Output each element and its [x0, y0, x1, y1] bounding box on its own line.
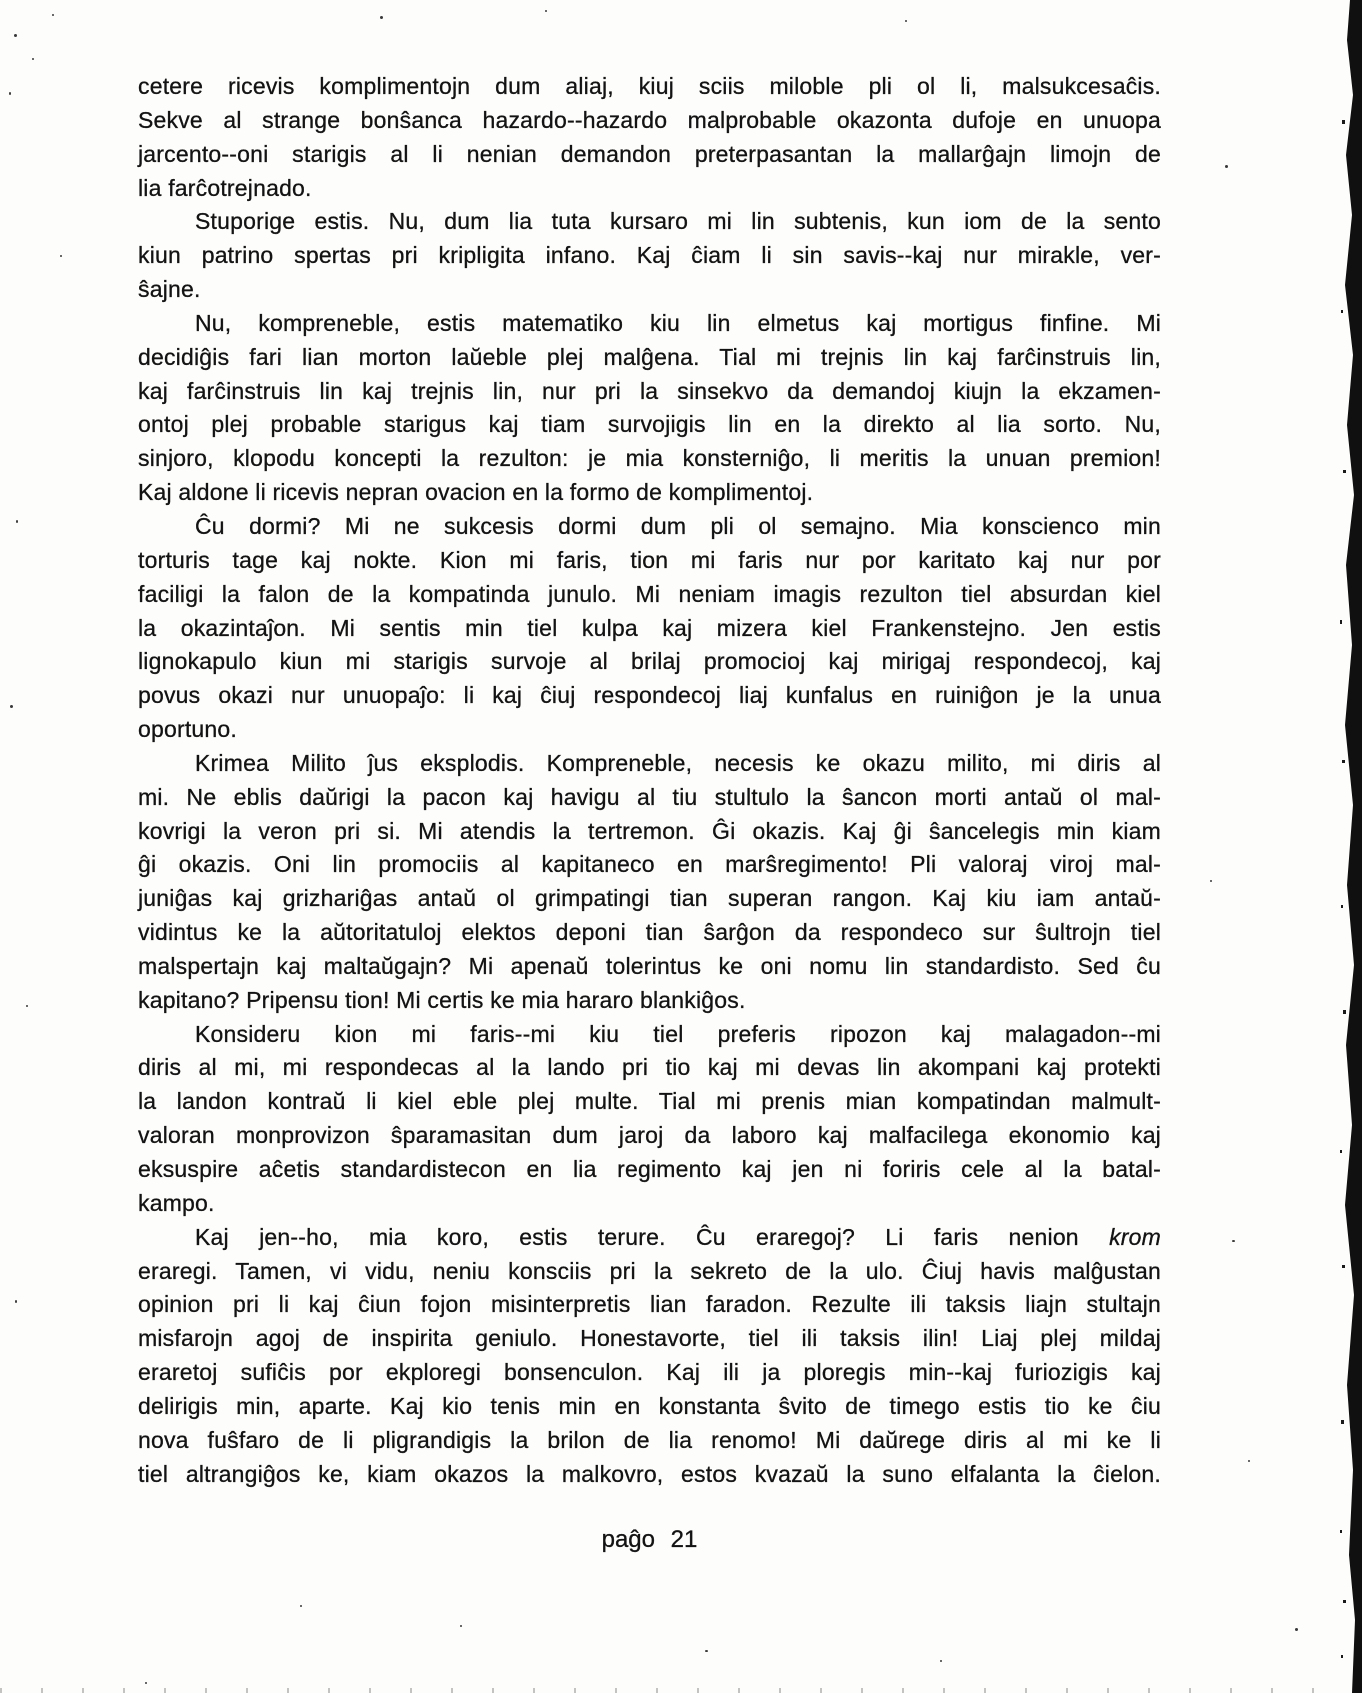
text-line: ĝi okazis. Oni lin promociis al kapitane…: [138, 848, 1161, 882]
text-line: Krimea Milito ĵus eksplodis. Kompreneble…: [138, 747, 1161, 781]
paragraph: Ĉu dormi? Mi ne sukcesis dormi dum pli o…: [138, 510, 1161, 747]
text-line: valoran monprovizon ŝparamasitan dum jar…: [138, 1119, 1161, 1153]
text-line: decidiĝis fari lian morton laŭeble plej …: [138, 341, 1161, 375]
text-line: jarcento--oni starigis al li nenian dema…: [138, 138, 1161, 172]
text-line: Kaj aldone li ricevis nepran ovacion en …: [138, 476, 1161, 510]
text-line: ontoj plej probable starigus kaj tiam su…: [138, 408, 1161, 442]
text-line: eraregi. Tamen, vi vidu, neniu konsciis …: [138, 1255, 1161, 1289]
noise-speck: [16, 520, 18, 523]
scan-edge-artifact: [1340, 0, 1362, 1693]
text-line: Ĉu dormi? Mi ne sukcesis dormi dum pli o…: [138, 510, 1161, 544]
noise-speck: [9, 92, 11, 95]
text-line: nova fuŝfaro de li pligrandigis la brilo…: [138, 1424, 1161, 1458]
text-line: Stuporige estis. Nu, dum lia tuta kursar…: [138, 205, 1161, 239]
text-line: kiun patrino spertas pri kripligita infa…: [138, 239, 1161, 273]
text-line: Konsideru kion mi faris--mi kiu tiel pre…: [138, 1018, 1161, 1052]
noise-speck: [1225, 165, 1228, 168]
noise-speck: [60, 255, 62, 257]
document-page: cetere ricevis komplimentojn dum aliaj, …: [0, 0, 1362, 1693]
text-line: sinjoro, klopodu koncepti la rezulton: j…: [138, 442, 1161, 476]
text-line: kampo.: [138, 1187, 1161, 1221]
text-line: Sekve al strange bonŝanca hazardo--hazar…: [138, 104, 1161, 138]
noise-speck: [300, 1605, 302, 1607]
noise-speck: [705, 1650, 708, 1652]
noise-speck: [1232, 1240, 1235, 1242]
text-line: kovrigi la veron pri si. Mi atendis la t…: [138, 815, 1161, 849]
noise-speck: [14, 34, 17, 37]
text-line: la okazintaĵon. Mi sentis min tiel kulpa…: [138, 612, 1161, 646]
noise-speck: [940, 1660, 942, 1662]
text-line: mi. Ne eblis daŭrigi la pacon kaj havigu…: [138, 781, 1161, 815]
noise-speck: [32, 58, 34, 60]
text-line: faciligi la falon de la kompatinda junul…: [138, 578, 1161, 612]
text-line: oportuno.: [138, 713, 1161, 747]
text-line: torturis tage kaj nokte. Kion mi faris, …: [138, 544, 1161, 578]
text-line: Nu, kompreneble, estis matematiko kiu li…: [138, 307, 1161, 341]
noise-speck: [15, 1300, 17, 1303]
noise-speck: [10, 705, 13, 708]
paragraph: cetere ricevis komplimentojn dum aliaj, …: [138, 70, 1161, 205]
paragraph: Konsideru kion mi faris--mi kiu tiel pre…: [138, 1018, 1161, 1221]
text-line: lia farĉotrejnado.: [138, 172, 1161, 206]
text-line: juniĝas kaj grizhariĝas antaŭ ol grimpat…: [138, 882, 1161, 916]
paragraph: Kaj jen--ho, mia koro, estis terure. Ĉu …: [138, 1221, 1161, 1492]
text-line: misfarojn agoj de inspirita geniulo. Hon…: [138, 1322, 1161, 1356]
text-line: vidintus ke la aŭtoritatuloj elektos dep…: [138, 916, 1161, 950]
text-line: kaj farĉinstruis lin kaj trejnis lin, nu…: [138, 375, 1161, 409]
text-line: tiel altrangiĝos ke, kiam okazos la malk…: [138, 1458, 1161, 1492]
text-line: Kaj jen--ho, mia koro, estis terure. Ĉu …: [138, 1221, 1161, 1255]
text-line: eraretoj sufiĉis por ekploregi bonsencul…: [138, 1356, 1161, 1390]
body-text: cetere ricevis komplimentojn dum aliaj, …: [138, 70, 1161, 1491]
paragraph: Krimea Milito ĵus eksplodis. Kompreneble…: [138, 747, 1161, 1018]
noise-speck: [145, 1682, 147, 1684]
noise-speck: [905, 20, 907, 22]
noise-speck: [1210, 880, 1212, 882]
text-line: delirigis min, aparte. Kaj kio tenis min…: [138, 1390, 1161, 1424]
text-line: diris al mi, mi respondecas al la lando …: [138, 1051, 1161, 1085]
text-line: povus okazi nur unuopaĵo: li kaj ĉiuj re…: [138, 679, 1161, 713]
page-number-label: paĝo 21: [602, 1526, 698, 1553]
text-line: cetere ricevis komplimentojn dum aliaj, …: [138, 70, 1161, 104]
noise-speck: [545, 10, 547, 12]
text-line: malspertajn kaj maltaŭgajn? Mi apenaŭ to…: [138, 950, 1161, 984]
scan-bottom-noise: [0, 1688, 1362, 1693]
noise-speck: [26, 1005, 28, 1007]
page-number: paĝo 21: [138, 1526, 1161, 1554]
text-line: eksuspire aĉetis standardistecon en lia …: [138, 1153, 1161, 1187]
noise-speck: [1295, 1628, 1298, 1631]
text-line: opinion pri li kaj ĉiun fojon misinterpr…: [138, 1288, 1161, 1322]
noise-speck: [1248, 1460, 1250, 1462]
text-line: ŝajne.: [138, 273, 1161, 307]
text-line: kapitano? Pripensu tion! Mi certis ke mi…: [138, 984, 1161, 1018]
noise-speck: [380, 16, 383, 19]
paragraph: Stuporige estis. Nu, dum lia tuta kursar…: [138, 205, 1161, 307]
text-line: lignokapulo kiun mi starigis survoje al …: [138, 645, 1161, 679]
noise-speck: [460, 1625, 462, 1627]
text-line: la landon kontraŭ li kiel eble plej mult…: [138, 1085, 1161, 1119]
paragraph: Nu, kompreneble, estis matematiko kiu li…: [138, 307, 1161, 510]
noise-speck: [52, 14, 54, 16]
